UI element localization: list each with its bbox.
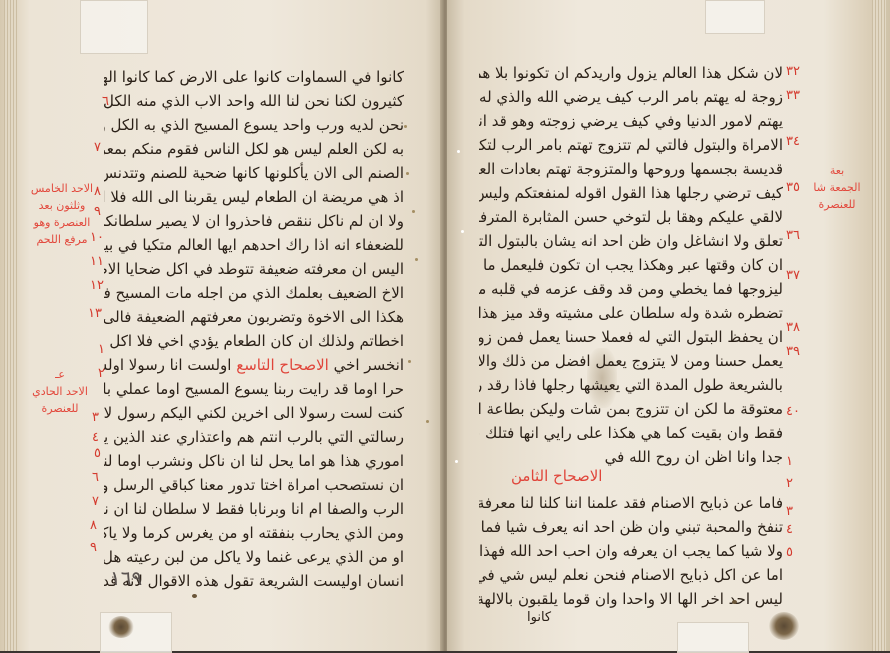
text-line: للضعفاء انه اذا راك احدهم ايها العالم مت…	[104, 234, 404, 256]
text-line: رسالتي التي بالرب انتم هم واعتذاري عند ا…	[104, 426, 404, 448]
text-line: ليزوجها فما يخطي ومن قد وقف عزمه في قلبه…	[479, 278, 783, 300]
text-line: اذ هي مريضة ان الطعام ليس يقربنا الى الل…	[104, 186, 404, 208]
margin-note-lectionary: عـ الاحد الحادي للعنصرة	[28, 366, 92, 417]
text-line: بالشريعة طول المدة التي يعيشها رجلها فاذ…	[479, 374, 783, 396]
foxing-spot	[415, 258, 418, 261]
text-line: الاخ الضعيف بعلمك الذي من اجله مات المسي…	[104, 282, 404, 304]
foxing-spot	[404, 125, 407, 128]
verse-number: ٩	[90, 540, 97, 555]
verse-number: ٣	[92, 410, 99, 425]
text-line: ان يحفظ البتول التي له فعملا حسنا يعمل ف…	[479, 326, 783, 348]
text-line: الامراة والبتول فالتي لم تتزوج تهتم بامر…	[479, 134, 783, 156]
verse-number: ١	[98, 342, 105, 357]
text-line: اليس ان معرفته ضعيفة تتوطد في اكل ضحايا …	[104, 258, 404, 280]
text-line: ولا شيا كما يجب ان يعرفه وان احب احد الل…	[479, 540, 783, 562]
verse-number: ٣٦	[786, 228, 800, 243]
text-line: قديسة بجسمها وروحها والمتزوجة تهتم بعادا…	[479, 158, 783, 180]
verse-number: ٢	[786, 476, 793, 491]
verse-number: ٨	[94, 184, 101, 199]
foxing-spot	[408, 360, 411, 363]
manuscript-spread: الاحد الخامس وثلثون بعد العنصرة وهو مرفع…	[0, 0, 890, 651]
text-line: هكذا الى الاخوة وتضربون معرفتهم الضعيفة …	[104, 306, 404, 328]
text-line: يعمل حسنا ومن لا يتزوج يعمل افضل من ذلك …	[479, 350, 783, 372]
text-line: نحن لديه ورب واحد يسوع المسيح الذي به ال…	[104, 114, 404, 136]
verse-number: ٨	[90, 518, 97, 533]
verse-number: ٣٧	[786, 268, 800, 283]
verse-number: ٤	[92, 430, 99, 445]
text-line: كثيرون لكنا نحن لنا الله واحد الاب الذي …	[104, 90, 404, 112]
foxing-spot	[412, 210, 415, 213]
page-edges	[4, 0, 18, 651]
mounting-tab	[705, 0, 765, 34]
foxing-spot	[732, 600, 737, 604]
text-line: اما عن اكل ذبايح الاصنام فنحن نعلم ليس ش…	[479, 564, 783, 586]
ink-stain	[108, 616, 134, 638]
left-page: الاحد الخامس وثلثون بعد العنصرة وهو مرفع…	[0, 0, 443, 651]
foxing-spot	[406, 172, 409, 175]
chapter-heading: الاصحاح التاسع	[236, 356, 329, 374]
text-line: لالقي عليكم وهقا بل لتوخي حسن المثابرة ا…	[479, 206, 783, 228]
verse-number: ٥	[786, 545, 793, 560]
text-line: فاما عن ذبايح الاصنام فقد علمنا اننا كلن…	[479, 492, 783, 514]
foxing-spot	[192, 594, 197, 598]
ink-stain	[769, 612, 799, 640]
text-line: الرب والصفا ام انا وبرنابا فقط لا سلطان …	[104, 498, 404, 520]
text-line: تضطره شدة وله سلطان على مشيته وقد ميز هذ…	[479, 302, 783, 324]
verse-number: ٧	[92, 494, 99, 509]
verse-number: ٤	[786, 522, 793, 537]
mounting-tab	[677, 622, 749, 651]
page-edges	[872, 0, 886, 651]
text-line: ومن الذي يحارب بنفقته او من يغرس كرما ول…	[104, 522, 404, 544]
text-line: به لكن العلم ليس هو لكل الناس فقوم منكم …	[104, 138, 404, 160]
verse-number: ٣٩	[786, 344, 800, 359]
text-line-with-heading: انخسر اخي الاصحاح التاسع اولست انا رسولا…	[104, 354, 404, 376]
catchword: كانوا	[527, 610, 551, 625]
verse-number: ١٣	[88, 306, 102, 321]
text-line: اموري هذا هو اما يحل لنا ان ناكل ونشرب ا…	[104, 450, 404, 472]
text-line: ليس احد اخر الها الا واحدا وان قوما يلقب…	[479, 588, 783, 610]
text-line: لان شكل هذا العالم يزول واريدكم ان تكونو…	[479, 62, 783, 84]
verse-number: ٢	[98, 366, 105, 381]
margin-note-lectionary: بعة الجمعة شا للعنصرة	[805, 162, 869, 213]
text-line: ولا ان لم ناكل ننقص فاحذروا ان لا يصير س…	[104, 210, 404, 232]
text-line: تنفخ والمحبة تبني وان ظن احد انه يعرف شي…	[479, 516, 783, 538]
text-line: معتوقة ما لكن ان تتزوج بمن شات وليكن بطا…	[479, 398, 783, 420]
text-line: كيف ترضي رجلها هذا القول اقوله لمنفعتكم …	[479, 182, 783, 204]
text-line: فقط وان بقيت كما هي هكذا على رايي انها ف…	[479, 422, 783, 444]
verse-number: ١	[786, 454, 793, 469]
right-page: بعة الجمعة شا للعنصرة لان شكل هذا العالم…	[447, 0, 890, 651]
text-line: ان كان وقتها عبر وهكذا يجب ان تكون فليعم…	[479, 254, 783, 276]
verse-number: ٣	[786, 504, 793, 519]
mounting-tab	[80, 0, 148, 54]
text-line: يهتم لامور الدنيا وفي كيف يرضي زوجته وهو…	[479, 110, 783, 132]
verse-number: ٣٨	[786, 320, 800, 335]
folio-number: ١٦٩	[110, 566, 142, 590]
verse-number: ١٢	[90, 278, 104, 293]
verse-number: ٥	[94, 446, 101, 461]
verse-number: ١١	[90, 254, 104, 269]
text-line: الصنم الى الان يأكلونها كانها ضحية للصنم…	[104, 162, 404, 184]
verse-number: ٣٢	[786, 64, 800, 79]
text-line: اخطاتم ولذلك ان كان الطعام يؤدي اخي فلا …	[104, 330, 404, 352]
verse-number: ٤٠	[786, 404, 800, 419]
text-line: تعلق ولا انشاغل وان ظن احد انه يشان بالب…	[479, 230, 783, 252]
text-line: حرا اوما قد رايت ربنا يسوع المسيح اوما ع…	[104, 378, 404, 400]
text-line: جدا وانا اظن ان روح الله في	[479, 446, 783, 468]
foxing-spot	[426, 420, 429, 423]
paper-hole	[457, 150, 460, 153]
verse-number: ١٠	[90, 230, 104, 245]
verse-number: ٣٤	[786, 134, 800, 149]
verse-number: ٧	[94, 140, 101, 155]
verse-number: ٦	[102, 94, 109, 109]
text-line: كنت لست رسولا الى اخرين لكني اليكم رسول …	[104, 402, 404, 424]
text-line: كانوا في السماوات كانوا على الارض كما كا…	[104, 66, 404, 88]
verse-number: ٣٣	[786, 88, 800, 103]
text-line: انسان اوليست الشريعة تقول هذه الاقوال لا…	[104, 570, 404, 592]
verse-number: ٦	[92, 470, 99, 485]
text-line: ان نستصحب امراة اختا تدور معنا كباقي الر…	[104, 474, 404, 496]
paper-hole	[455, 460, 458, 463]
verse-number: ٩	[94, 204, 101, 219]
chapter-heading: الاصحاح الثامن	[511, 467, 602, 485]
text-line: او من الذي يرعى غنما ولا ياكل من لبن رعي…	[104, 546, 404, 568]
text-line: زوجة له يهتم بامر الرب كيف يرضي الله وال…	[479, 86, 783, 108]
verse-number: ٣٥	[786, 180, 800, 195]
paper-hole	[461, 230, 464, 233]
